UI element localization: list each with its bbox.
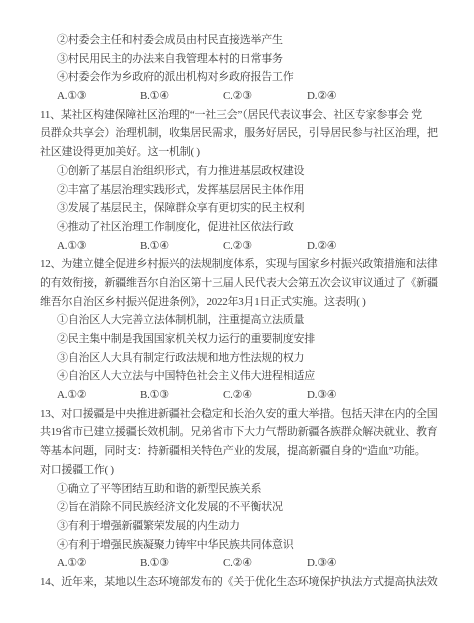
q12-choice-d: D.③④ [307, 386, 336, 405]
q12-answer-choices-row: A.①② B.①③ C.②④ D.③④ [40, 386, 444, 405]
q13-stem-line-2: 共19省市已建立援疆长效机制。兄弟省市下大力气帮助新疆各族群众解决就业、教育 [40, 423, 444, 442]
q11-stem-line-1: 11、某社区构建保障社区治理的“一社三会”（居民代表议事会、社区专家参事会 党 [40, 106, 444, 125]
q12-stem-line-3: 维吾尔自治区乡村振兴促进条例》，2022年3月1日正式实施。这表明( ) [40, 293, 444, 312]
q10-choice-a: A.①③ [57, 87, 140, 106]
q12-stem-line-1: 12、为建立健全促进乡村振兴的法规制度体系，实现与国家乡村振兴政策措施和法律 [40, 255, 444, 274]
q10-option-4: ④村委会作为乡政府的派出机构对乡政府报告工作 [40, 68, 444, 87]
q10-choice-d: D.②④ [307, 87, 336, 106]
q13-stem-line-1: 13、对口援疆是中央推进新疆社会稳定和长治久安的重大举措。包括天津在内的全国 [40, 405, 444, 424]
q14-stem-line-1: 14、近年来，某地以生态环境部发布的《关于优化生态环境保护执法方式提高执法效 [40, 573, 444, 592]
q11-option-2: ②丰富了基层治理实践形式，发挥基层居民主体作用 [40, 181, 444, 200]
q13-option-4: ④有利于增强民族凝聚力铸牢中华民族共同体意识 [40, 536, 444, 555]
questions-area: ②村委会主任和村委会成员由村民直接选举产生 ③村民用民主的办法来自我管理本村的日… [0, 0, 474, 592]
q12-stem-line-2: 的有效衔接，新疆维吾尔自治区第十三届人民代表大会第五次会议审议通过了《新疆 [40, 274, 444, 293]
q13-choice-c: C.②④ [223, 554, 307, 573]
q11-choice-d: D.②④ [307, 237, 336, 256]
q10-answer-choices-row: A.①③ B.①④ C.②③ D.②④ [40, 87, 444, 106]
q11-stem-line-3: 社区建设得更加美好。这一机制( ) [40, 143, 444, 162]
q10-choice-b: B.①④ [140, 87, 223, 106]
q11-stem-line-2: 员群众共享会）治理机制，收集居民需求，服务好居民，引导居民参与社区治理，把 [40, 124, 444, 143]
q12-option-4: ④自治区人大立法与中国特色社会主义伟大进程相适应 [40, 367, 444, 386]
q11-option-4: ④推动了社区治理工作制度化，促进社区依法行政 [40, 218, 444, 237]
q13-option-3: ③有利于增强新疆繁荣发展的内生动力 [40, 517, 444, 536]
q11-option-3: ③发展了基层民主，保障群众享有更切实的民主权利 [40, 199, 444, 218]
q13-answer-choices-row: A.①② B.①③ C.②④ D.③④ [40, 554, 444, 573]
q10-option-3: ③村民用民主的办法来自我管理本村的日常事务 [40, 50, 444, 69]
q13-choice-a: A.①② [57, 554, 140, 573]
q13-stem-line-4: 对口援疆工作( ) [40, 461, 444, 480]
q13-option-1: ①确立了平等团结互助和谐的新型民族关系 [40, 480, 444, 499]
q11-answer-choices-row: A.①③ B.①④ C.②③ D.②④ [40, 237, 444, 256]
q13-stem-line-3: 等基本问题，同时支：持新疆相关特色产业的发展，提高新疆自身的“造血”功能。 [40, 442, 444, 461]
q13-choice-b: B.①③ [140, 554, 223, 573]
q11-option-1: ①创新了基层自治组织形式，有力推进基层政权建设 [40, 162, 444, 181]
q12-choice-b: B.①③ [140, 386, 223, 405]
q10-choice-c: C.②③ [223, 87, 307, 106]
q11-choice-b: B.①④ [140, 237, 223, 256]
q12-option-3: ③自治区人大具有制定行政法规和地方性法规的权力 [40, 349, 444, 368]
q11-choice-a: A.①③ [57, 237, 140, 256]
q11-choice-c: C.②③ [223, 237, 307, 256]
q10-option-2: ②村委会主任和村委会成员由村民直接选举产生 [40, 31, 444, 50]
q13-choice-d: D.③④ [307, 554, 336, 573]
q12-choice-c: C.②④ [223, 386, 307, 405]
q12-option-1: ①自治区人大完善立法体制机制，注重提高立法质量 [40, 311, 444, 330]
q13-option-2: ②旨在消除不同民族经济文化发展的不平衡状况 [40, 498, 444, 517]
q12-choice-a: A.①② [57, 386, 140, 405]
exam-document-page: ②村委会主任和村委会成员由村民直接选举产生 ③村民用民主的办法来自我管理本村的日… [0, 0, 474, 623]
q12-option-2: ②民主集中制是我国国家机关权力运行的重要制度安排 [40, 330, 444, 349]
